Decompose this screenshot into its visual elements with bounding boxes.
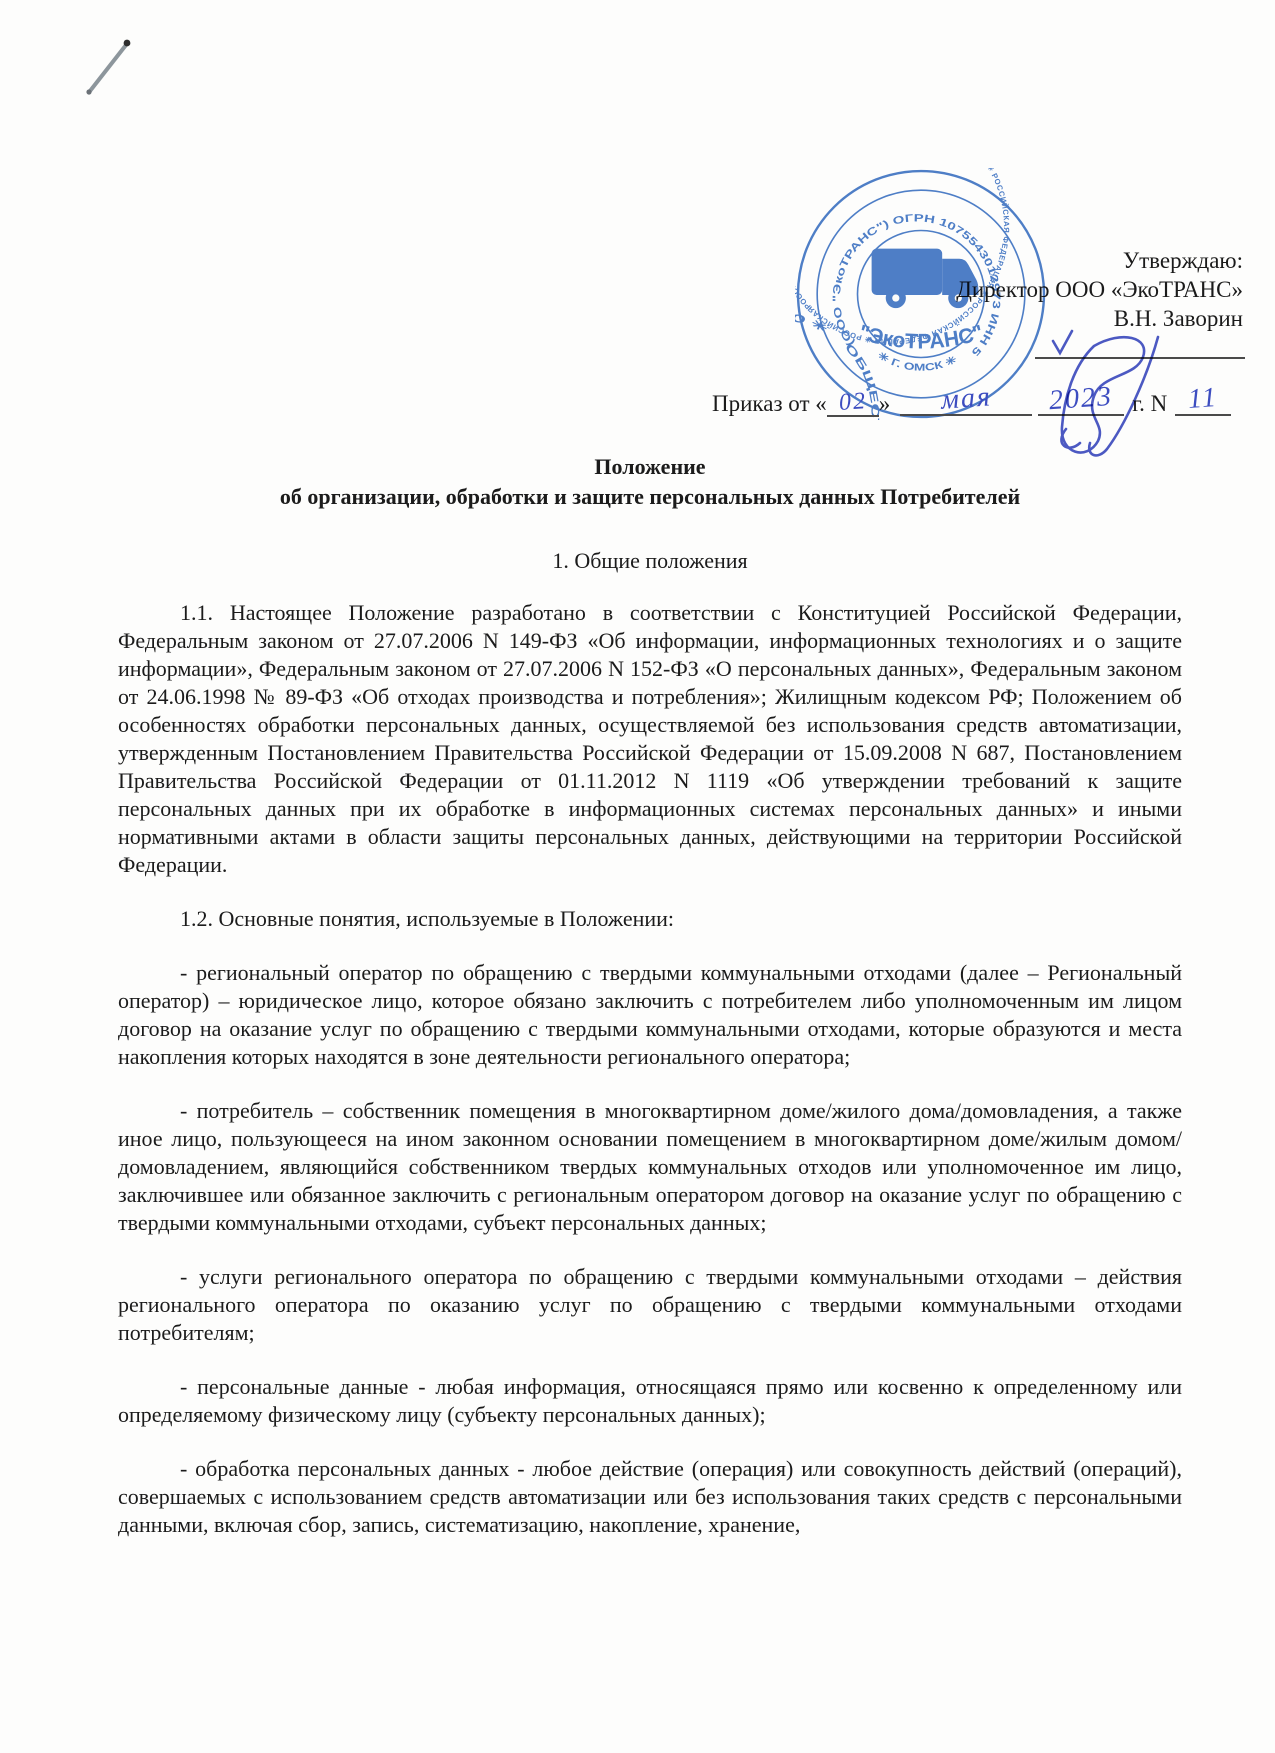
truck-icon: [872, 249, 979, 308]
order-month-handwritten: мая: [940, 382, 993, 415]
definition-operator-services: - услуги регионального оператора по обра…: [118, 1263, 1182, 1347]
order-close-quote: »: [879, 391, 891, 416]
document-title: Положение об организации, обработки и за…: [118, 452, 1182, 512]
document-body: Положение об организации, обработки и за…: [118, 452, 1182, 1565]
order-day-blank: 02: [827, 389, 879, 417]
company-stamp: РОССИЙСКАЯ ФЕДЕРАЦИЯ ✳ РОССИЙСКАЯ ФЕДЕРА…: [795, 168, 1047, 420]
definition-consumer: - потребитель – собственник помещения в …: [118, 1097, 1182, 1237]
signature-line: [1035, 357, 1245, 359]
order-year-handwritten: 2023: [1048, 382, 1114, 416]
definition-data-processing: - обработка персональных данных - любое …: [118, 1455, 1182, 1539]
order-number-handwritten: 11: [1187, 383, 1219, 415]
definition-personal-data: - персональные данные - любая информация…: [118, 1373, 1182, 1429]
order-month-blank: мая: [900, 388, 1032, 416]
title-line-2: об организации, обработки и защите персо…: [280, 484, 1020, 509]
stamp-brand-text: "ЭкоТРАНС": [856, 321, 986, 353]
document-page: РОССИЙСКАЯ ФЕДЕРАЦИЯ ✳ РОССИЙСКАЯ ФЕДЕРА…: [0, 0, 1275, 1753]
order-number-blank: 11: [1175, 388, 1231, 416]
order-prefix: Приказ от «: [712, 391, 827, 416]
paragraph-1-2: 1.2. Основные понятия, используемые в По…: [118, 905, 1182, 933]
title-line-1: Положение: [594, 454, 705, 479]
order-day-handwritten: 02: [838, 386, 868, 418]
order-line: Приказ от «02»мая2023г. N11: [712, 388, 1231, 419]
definition-regional-operator: - региональный оператор по обращению с т…: [118, 959, 1182, 1071]
order-year-blank: 2023: [1038, 388, 1124, 416]
section-1-heading: 1. Общие положения: [118, 547, 1182, 575]
pencil-mark: [86, 40, 130, 95]
paragraph-1-1: 1.1. Настоящее Положение разработано в с…: [118, 599, 1182, 879]
stamp-city-text: ✳ Г. ОМСК ✳: [875, 350, 959, 374]
order-number-label: г. N: [1132, 391, 1167, 416]
